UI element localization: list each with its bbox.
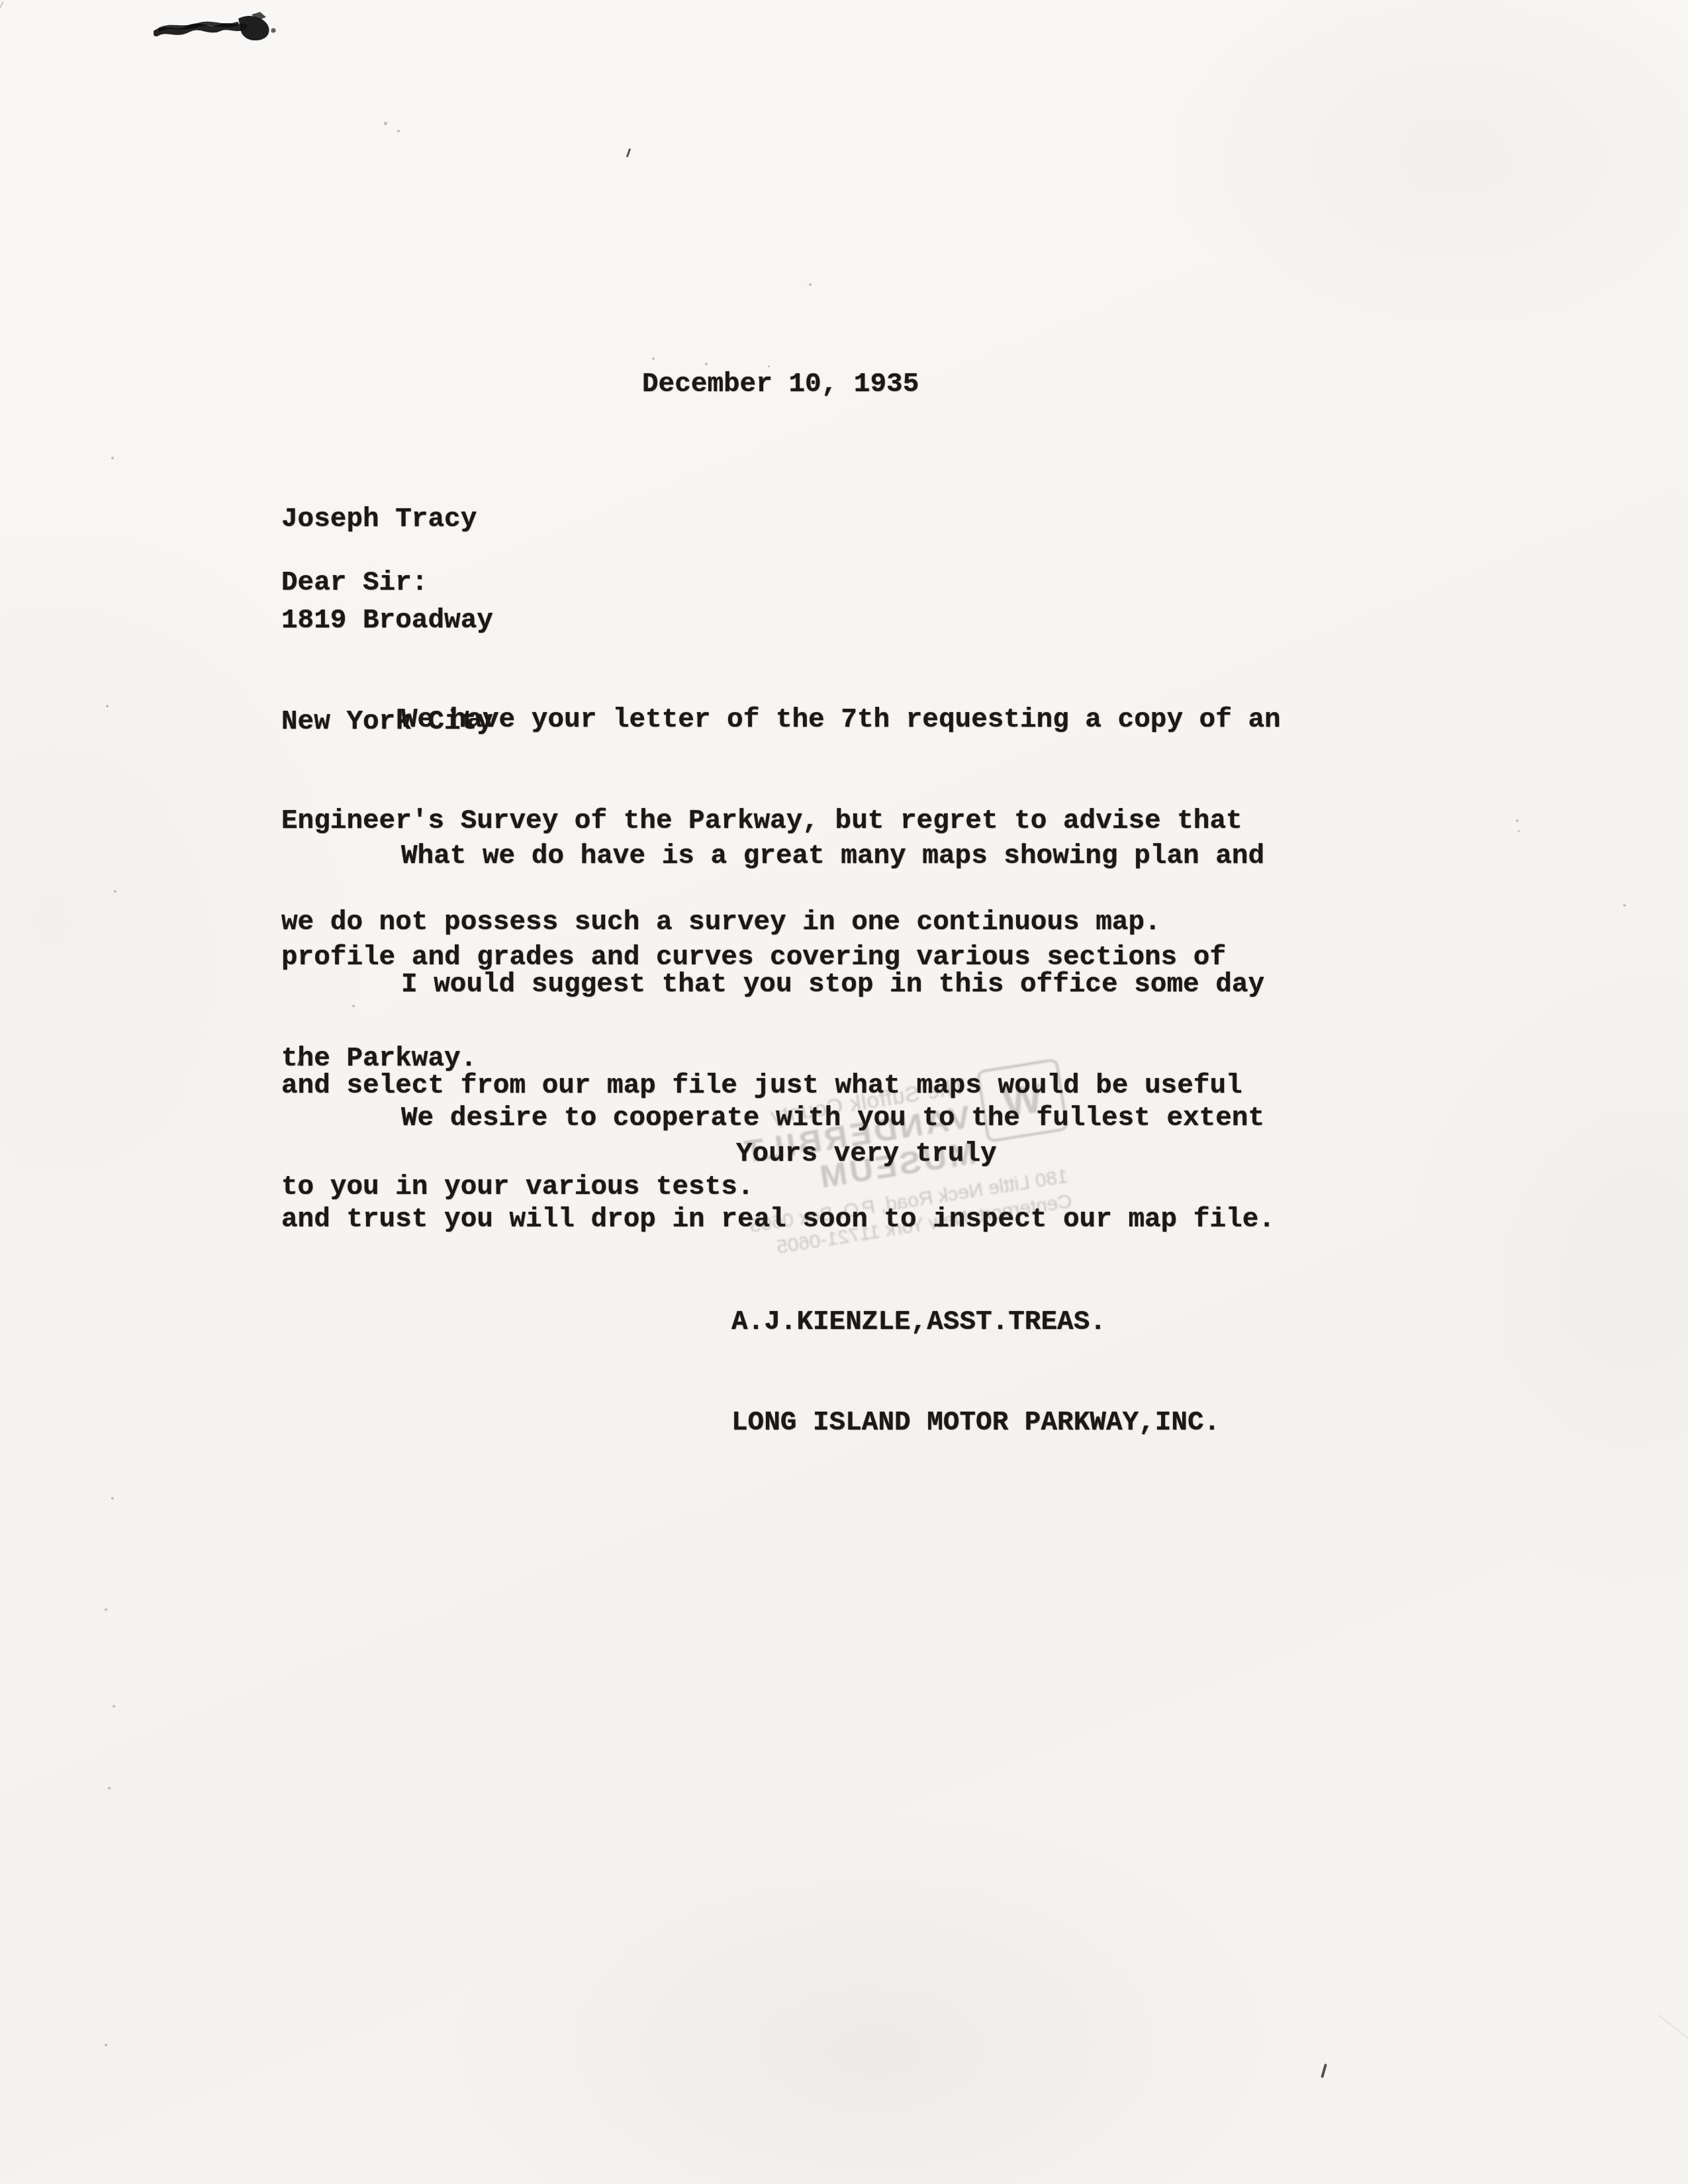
- recipient-name: Joseph Tracy: [281, 503, 493, 537]
- scan-speck: [1518, 830, 1520, 832]
- paper-crease-bottomright: [1658, 2015, 1688, 2069]
- salutation: Dear Sir:: [281, 567, 428, 600]
- signature-block: A.J.KIENZLE,ASST.TREAS. LONG ISLAND MOTO…: [731, 1238, 1220, 1507]
- scan-speck: [705, 363, 708, 365]
- scan-speck: [114, 890, 117, 893]
- closing-line: Yours very truly: [736, 1138, 997, 1171]
- signature-name: A.J.KIENZLE,ASST.TREAS.: [731, 1306, 1220, 1339]
- paper-crease-topleft: [0, 1, 4, 103]
- scan-speck: [105, 2044, 107, 2046]
- body-line: We desire to cooperate with you to the f…: [281, 1102, 1275, 1136]
- scan-speck: [111, 457, 114, 459]
- body-line: We have your letter of the 7th requestin…: [281, 704, 1281, 737]
- scan-speck: [105, 1608, 107, 1611]
- scan-speck: [108, 1787, 111, 1790]
- pen-tick: [626, 148, 632, 158]
- pen-tick: [1321, 2064, 1327, 2078]
- scan-speck: [1516, 819, 1519, 822]
- scan-speck: [106, 705, 109, 707]
- scan-speck: [352, 1005, 355, 1007]
- body-line: and trust you will drop in real soon to …: [281, 1203, 1275, 1237]
- scan-speck: [384, 122, 387, 125]
- date-line: December 10, 1935: [642, 368, 919, 402]
- signature-company: LONG ISLAND MOTOR PARKWAY,INC.: [731, 1406, 1220, 1439]
- scan-speck: [111, 1497, 114, 1500]
- ink-smudge: [154, 11, 279, 45]
- scan-speck: [809, 283, 812, 286]
- scan-speck: [1623, 904, 1626, 907]
- body-line: What we do have is a great many maps sho…: [281, 840, 1264, 874]
- recipient-street: 1819 Broadway: [281, 604, 493, 638]
- body-line: I would suggest that you stop in this of…: [281, 968, 1264, 1002]
- scan-speck: [397, 130, 400, 132]
- scan-speck: [652, 357, 655, 360]
- scan-speck: [768, 365, 770, 367]
- scanned-letter-page: W The Suffolk County VANDERBILT MUSEUM 1…: [0, 0, 1688, 2184]
- scan-speck: [113, 1705, 115, 1707]
